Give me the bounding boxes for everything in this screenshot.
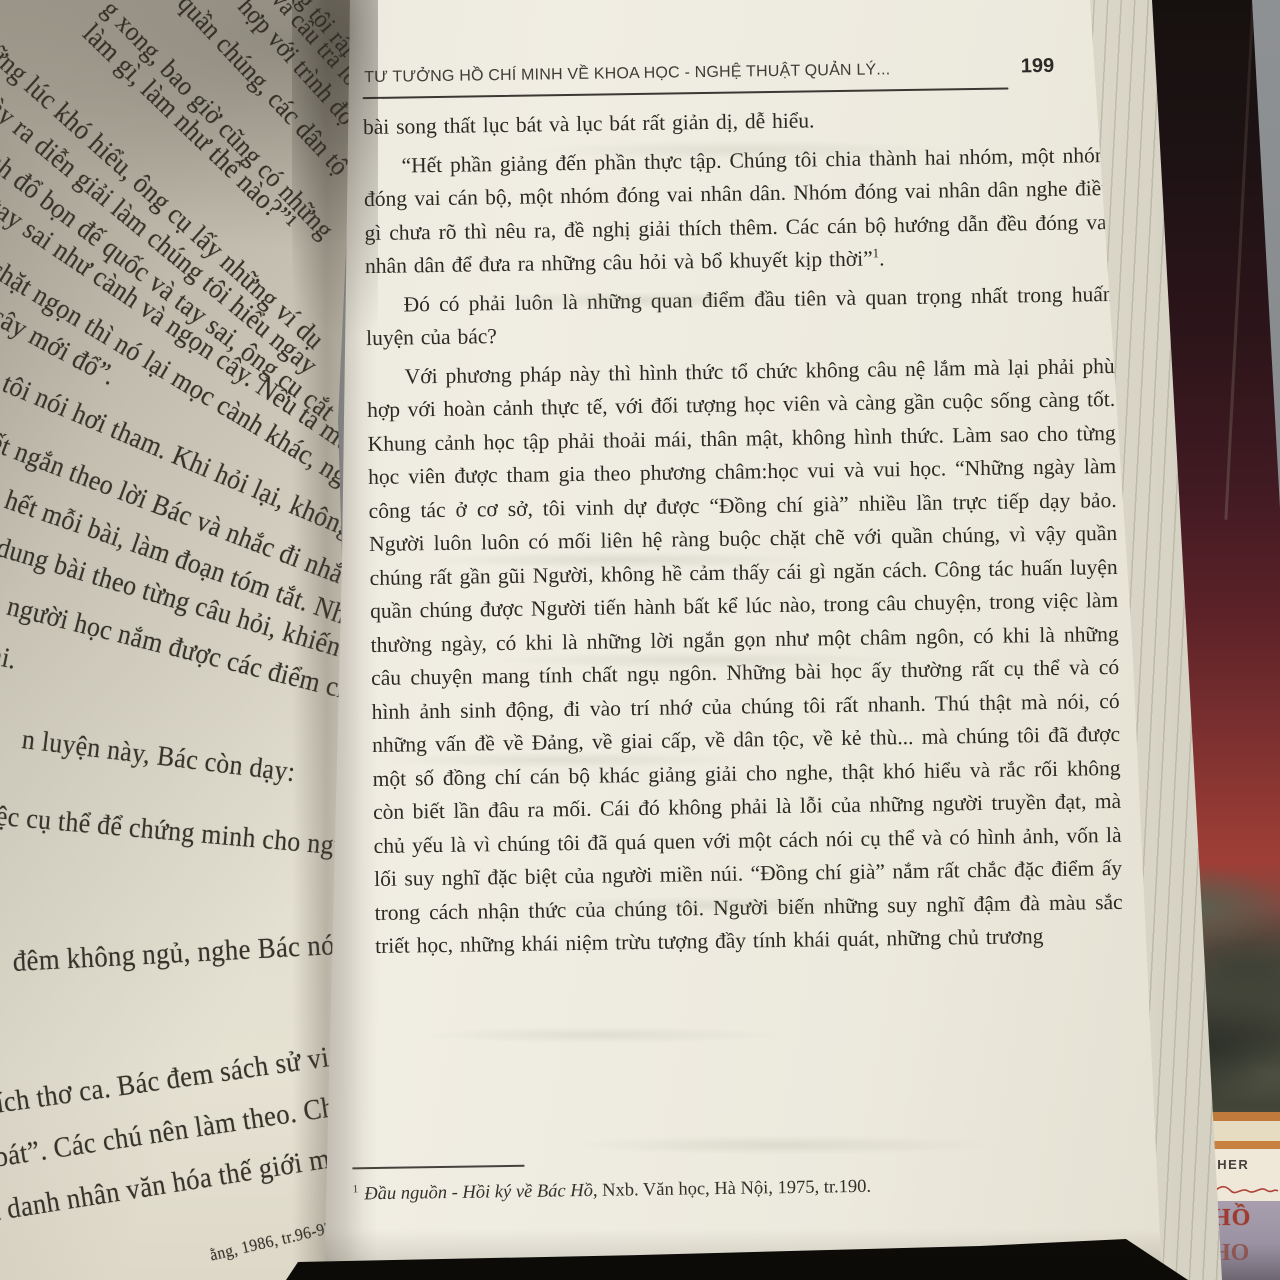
footnote-rule <box>352 1165 524 1170</box>
footnote-source-title: Đầu nguồn - Hồi ký về Bác Hồ <box>364 1181 593 1204</box>
book-photo-scene: ISHER HỒ HO g xong, bao giờ cũng có nhữn… <box>0 0 1280 1280</box>
footnote-text: 1Đầu nguồn - Hồi ký về Bác Hồ, Nxb. Văn … <box>353 1173 1053 1206</box>
footnote: 1Đầu nguồn - Hồi ký về Bác Hồ, Nxb. Văn … <box>352 1157 1052 1206</box>
paragraph: bài song thất lục bát và lục bát rất giả… <box>363 100 1111 145</box>
left-page-text-fragment: ài. <box>0 640 20 677</box>
page-number: 199 <box>1021 55 1055 78</box>
cover-edge-highlight <box>1224 0 1254 519</box>
footnote-source-detail: , Nxb. Văn học, Hà Nội, 1975, tr.190. <box>593 1177 871 1201</box>
paragraph: Đó có phải luôn là những quan điểm đầu t… <box>365 277 1114 355</box>
paragraph: Với phương pháp này thì hình thức tổ chứ… <box>366 349 1123 963</box>
header-rule <box>363 87 1009 99</box>
running-header-title: TƯ TƯỞNG HỒ CHÍ MINH VỀ KHOA HỌC - NGHỆ … <box>364 61 890 87</box>
page-body: bài song thất lục bát và lục bát rất giả… <box>363 100 1126 1149</box>
left-page-text-fragment: n luyện này, Bác còn dạy: <box>20 724 297 789</box>
page-header: TƯ TƯỞNG HỒ CHÍ MINH VỀ KHOA HỌC - NGHỆ … <box>362 54 1110 101</box>
paragraph: “Hết phần giảng đến phần thực tập. Chúng… <box>363 138 1113 283</box>
footnote-marker: 1 <box>353 1183 359 1195</box>
page-content: TƯ TƯỞNG HỒ CHÍ MINH VỀ KHOA HỌC - NGHỆ … <box>362 54 1128 1255</box>
left-page-text-fragment: ằng, 1986, tr.96-97 <box>208 1218 335 1266</box>
